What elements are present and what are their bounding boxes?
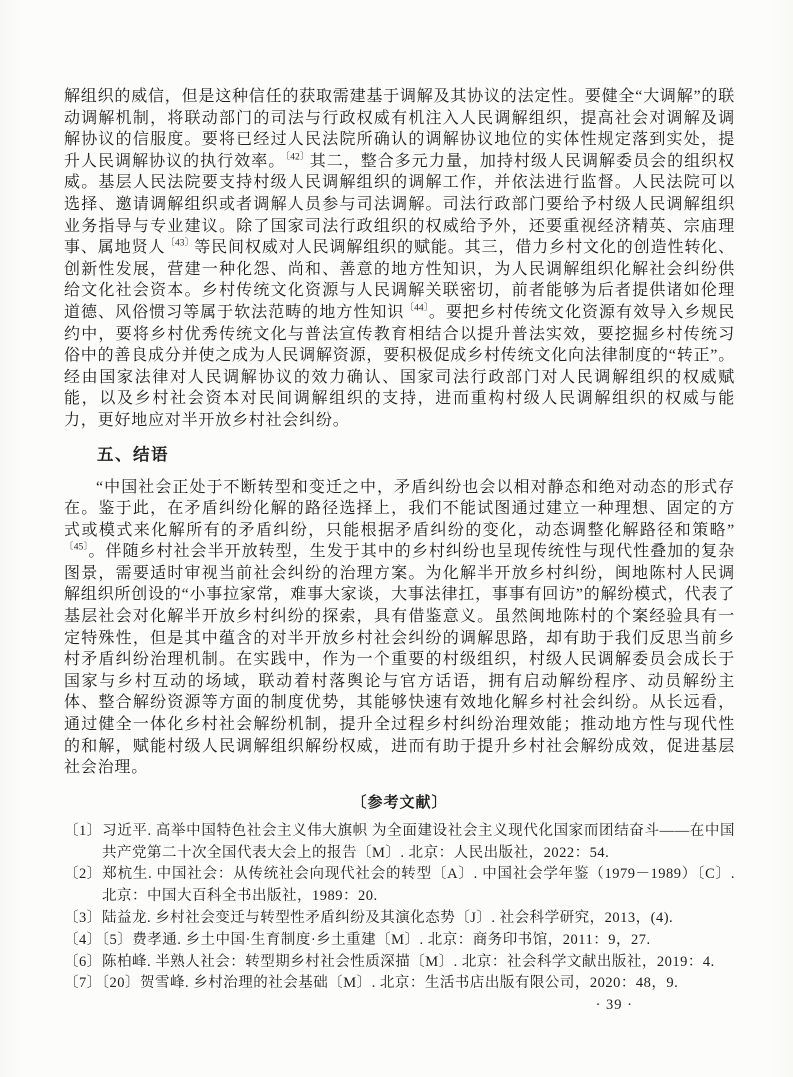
reference-item: 〔1〕习近平. 高举中国特色社会主义伟大旗帜 为全面建设社会主义现代化国家而团结…	[64, 821, 735, 865]
ref-number-label: 〔4〕〔5〕	[64, 930, 132, 952]
ref-text: 费孝通. 乡土中国·生育制度·乡土重建〔M〕. 北京：商务印书馆，2011：9，…	[132, 932, 650, 948]
reference-item: 〔2〕郑杭生. 中国社会：从传统社会向现代社会的转型〔A〕. 中国社会学年鉴（1…	[64, 864, 735, 908]
section-heading: 五、结语	[64, 444, 735, 466]
references-heading: 〔参考文献〕	[64, 793, 735, 814]
reference-item: 〔7〕〔20〕贺雪峰. 乡村治理的社会基础〔M〕. 北京：生活书店出版有限公司，…	[64, 973, 735, 995]
reference-item: 〔3〕陆益龙. 乡村社会变迁与转型性矛盾纠纷及其演化态势〔J〕. 社会科学研究，…	[64, 908, 735, 930]
reference-item: 〔6〕陈柏峰. 半熟人社会：转型期乡村社会性质深描〔M〕. 北京：社会科学文献出…	[64, 952, 735, 974]
ref-number-label: 〔1〕	[64, 821, 102, 843]
ref-text: 郑杭生. 中国社会：从传统社会向现代社会的转型〔A〕. 中国社会学年鉴（1979…	[102, 866, 735, 904]
ref-number-label: 〔7〕〔20〕	[64, 973, 140, 995]
ref-text: 陆益龙. 乡村社会变迁与转型性矛盾纠纷及其演化态势〔J〕. 社会科学研究，201…	[102, 910, 673, 926]
ref-number-label: 〔3〕	[64, 908, 102, 930]
reference-item: 〔4〕〔5〕费孝通. 乡土中国·生育制度·乡土重建〔M〕. 北京：商务印书馆，2…	[64, 930, 735, 952]
references-section: 〔参考文献〕 〔1〕习近平. 高举中国特色社会主义伟大旗帜 为全面建设社会主义现…	[64, 793, 735, 995]
ref-number-label: 〔2〕	[64, 864, 102, 886]
continuation-paragraph: 解组织的威信，但是这种信任的获取需建基于调解及其协议的法定性。要健全“大调解”的…	[64, 86, 735, 432]
ref-number-label: 〔6〕	[64, 952, 102, 974]
references-list: 〔1〕习近平. 高举中国特色社会主义伟大旗帜 为全面建设社会主义现代化国家而团结…	[64, 821, 735, 995]
ref-text: 陈柏峰. 半熟人社会：转型期乡村社会性质深描〔M〕. 北京：社会科学文献出版社，…	[102, 954, 715, 970]
ref-text: 贺雪峰. 乡村治理的社会基础〔M〕. 北京：生活书店出版有限公司，2020：48…	[140, 975, 678, 991]
article-body: 解组织的威信，但是这种信任的获取需建基于调解及其协议的法定性。要健全“大调解”的…	[64, 0, 735, 995]
page-sheet: 解组织的威信，但是这种信任的获取需建基于调解及其协议的法定性。要健全“大调解”的…	[0, 0, 793, 1077]
ref-text: 习近平. 高举中国特色社会主义伟大旗帜 为全面建设社会主义现代化国家而团结奋斗—…	[102, 823, 735, 861]
page-number: · 39 ·	[596, 997, 633, 1014]
conclusion-paragraph: “中国社会正处于不断转型和变迁之中，矛盾纠纷也会以相对静态和绝对动态的形式存在。…	[64, 477, 735, 779]
